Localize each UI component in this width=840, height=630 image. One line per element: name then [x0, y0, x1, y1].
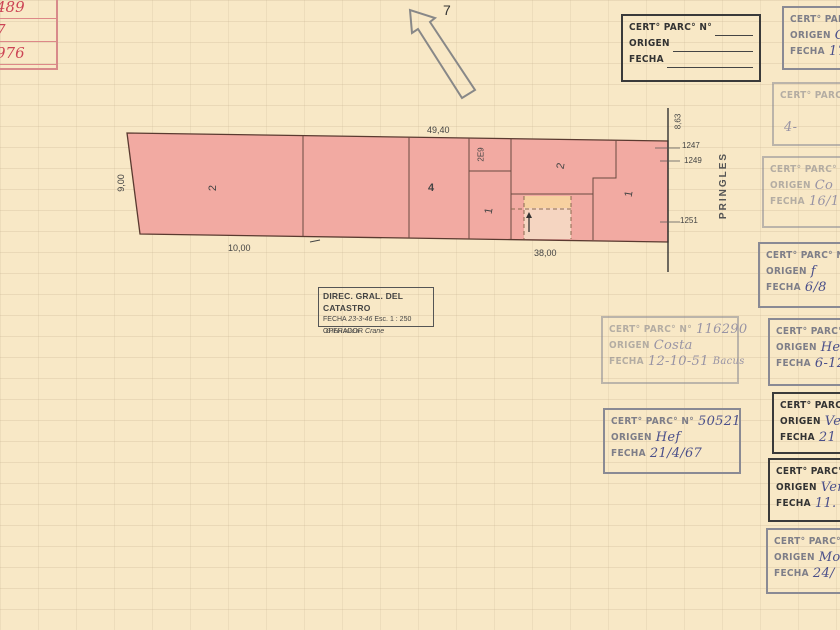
cert-label: CERT° PARC°: [776, 324, 840, 340]
fecha-value: 11. 5: [815, 496, 840, 512]
origen-label: ORIGEN: [611, 430, 652, 446]
origen-value: Hef: [656, 430, 681, 446]
dim-corner: 8,63: [673, 114, 682, 130]
origen-value: Ven: [825, 414, 840, 430]
cert-label: CERT° PARC°: [780, 398, 840, 414]
origen-label: ORIGEN: [629, 36, 670, 52]
origen-label: ORIGEN: [776, 340, 817, 356]
origen-value: Mo: [819, 550, 840, 566]
origen-value: Co: [815, 178, 833, 194]
cert-label: CERT° PARC°: [780, 88, 840, 104]
fecha-label: FECHA: [766, 280, 801, 296]
cert-label: CERT° PARC° N°: [609, 322, 692, 338]
cert-stamp: CERT° PARC° ORIGENC FECHA17/: [782, 6, 840, 70]
cert-label: CERT° PARC° N°: [629, 20, 712, 36]
dim-top: 49,40: [427, 125, 450, 135]
fecha-label: FECHA: [629, 52, 664, 68]
lot-label: 2: [207, 185, 219, 191]
origen-label: ORIGEN: [780, 414, 821, 430]
origen-value: Hep: [821, 340, 840, 356]
fecha-label: FECHA: [774, 566, 809, 582]
origen-value: Costa: [654, 338, 693, 354]
fecha-label: FECHA: [776, 356, 811, 372]
dim-left: 9,00: [116, 174, 126, 192]
lot-label: 4: [428, 182, 434, 194]
cert-stamp: CERT° PARC° N° ORIGENf FECHA6/8: [758, 242, 840, 308]
origen-value: Ventu: [821, 480, 840, 496]
fecha-value: 23-3-46: [348, 316, 372, 323]
origen-label: ORIGEN: [609, 338, 650, 354]
street-name: PRINGLES: [718, 152, 729, 219]
fecha-value: 4-: [784, 120, 797, 136]
origen-label: ORIGEN: [790, 28, 831, 44]
cert-stamp: CERT° PARC° N° ORIGENCo FECHA16/1: [762, 156, 840, 228]
operador-value: Crane: [365, 328, 384, 335]
origen-label: ORIGEN: [774, 550, 815, 566]
origen-value: f: [811, 264, 816, 280]
fecha-label: FECHA: [790, 44, 825, 60]
cert-stamp: CERT° PARC° N°116290 ORIGENCosta FECHA12…: [601, 316, 739, 384]
fecha-label: FECHA: [611, 446, 646, 462]
fecha-value: 21/4/67: [650, 446, 702, 462]
fecha-value: 17/: [829, 44, 840, 60]
fecha-label: FECHA: [609, 354, 644, 370]
origen-value: C: [835, 28, 840, 44]
cert-stamp: CERT° PARC° ORIGENVentu FECHA11. 5: [768, 458, 840, 522]
dim-bottom-right: 38,00: [534, 248, 557, 258]
cert-label: CERT° PARC° N°: [766, 248, 840, 264]
origen-label: ORIGEN: [770, 178, 811, 194]
cert-label: CERT° PARC°: [774, 534, 840, 550]
catastro-signature: Gitelmich: [326, 329, 360, 335]
cert-value: 116290: [696, 322, 747, 338]
north-label: 7: [443, 2, 451, 18]
cert-stamp: CERT° PARC° N° ORIGEN FECHA: [621, 14, 761, 82]
fecha-value: 6/8: [805, 280, 827, 296]
cert-stamp: CERT° PARC° N°50521 ORIGENHef FECHA21/4/…: [603, 408, 741, 474]
catastro-title: DIREC. GRAL. DEL CATASTRO: [323, 290, 429, 314]
lot-label: 2E9: [477, 147, 486, 161]
catastro-stamp: DIREC. GRAL. DEL CATASTRO FECHA 23-3-46 …: [318, 287, 434, 327]
fecha-value: 16/1: [809, 194, 839, 210]
fecha-label: FECHA: [780, 430, 815, 446]
cert-label: CERT° PARC° N°: [611, 414, 694, 430]
cert-stamp: CERT° PARC° ORIGENMo FECHA24/: [766, 528, 840, 594]
cert-value: 50521: [698, 414, 741, 430]
fecha-label: FECHA: [776, 496, 811, 512]
cert-label: CERT° PARC°: [776, 464, 840, 480]
street-number-1247: 1247: [682, 141, 700, 150]
cert-stamp: CERT° PARC° 4-: [772, 82, 840, 146]
fecha-value: 12-10-51: [648, 354, 709, 370]
fecha-value: 24/: [813, 566, 835, 582]
origen-label: ORIGEN: [776, 480, 817, 496]
fecha-value: 6-12: [815, 356, 840, 372]
street-number-1251: 1251: [680, 216, 698, 225]
cert-label: CERT° PARC° N°: [770, 162, 840, 178]
dim-bottom-left: 10,00: [228, 243, 251, 253]
cert-label: CERT° PARC°: [790, 12, 840, 28]
street-number-1249: 1249: [684, 156, 702, 165]
origen-label: ORIGEN: [766, 264, 807, 280]
cert-stamp: CERT° PARC° ORIGENVen FECHA21: [772, 392, 840, 454]
note-value: Bacus: [713, 354, 745, 370]
fecha-value: 21: [819, 430, 836, 446]
fecha-label: FECHA: [770, 194, 805, 210]
fecha-label: FECHA: [323, 316, 346, 323]
cert-stamp: CERT° PARC° ORIGENHep FECHA6-12: [768, 318, 840, 386]
escala: Esc. 1 : 250: [374, 316, 411, 323]
north-arrow-icon: [410, 10, 475, 98]
